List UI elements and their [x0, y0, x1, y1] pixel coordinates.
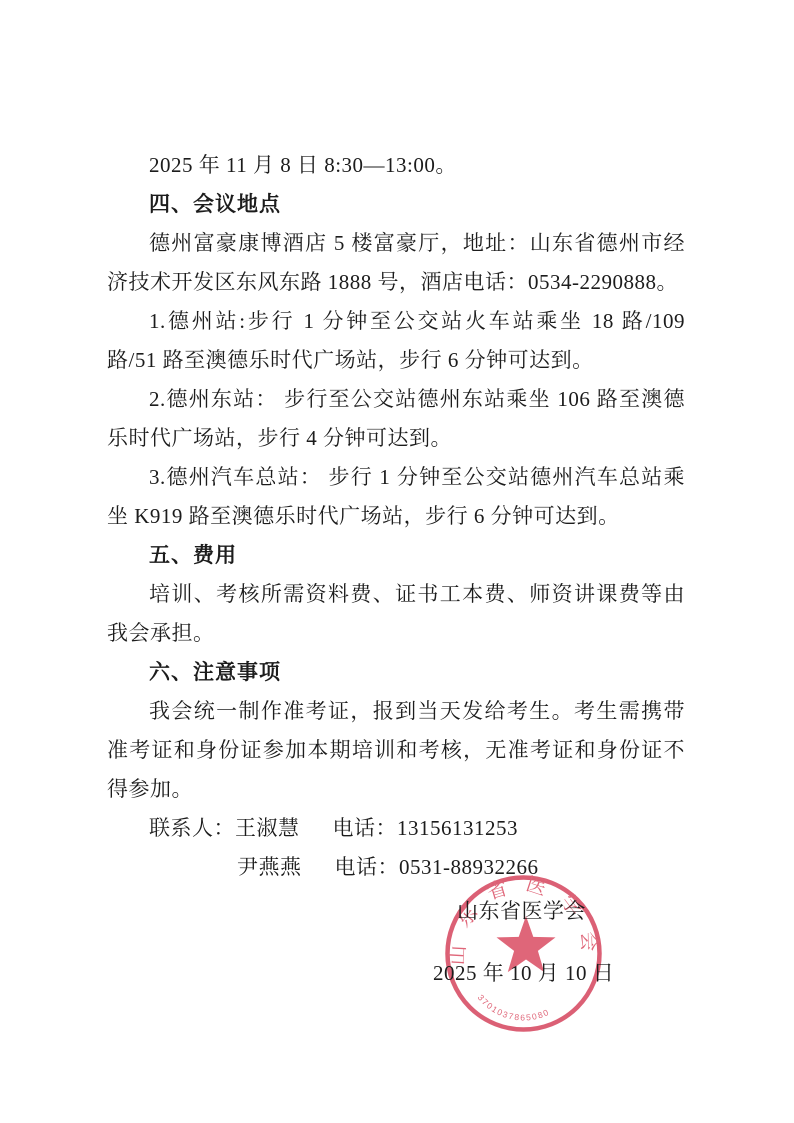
paragraph-fees: 培训、考核所需资料费、证书工本费、师资讲课费等由我会承担。 — [107, 575, 685, 653]
paragraph-venue-address: 德州富豪康博酒店 5 楼富豪厅，地址：山东省德州市经济技术开发区东风东路 188… — [107, 224, 685, 302]
heading-fees: 五、费用 — [107, 536, 685, 575]
phone-label-2: 电话： — [335, 855, 400, 879]
contact-name-2: 尹燕燕 — [237, 855, 302, 879]
document-page: 2025 年 11 月 8 日 8:30—13:00。 四、会议地点 德州富豪康… — [0, 0, 794, 1123]
contact-phone-1: 电话：13156131253 — [333, 816, 519, 840]
signature-organization: 山东省医学会 — [457, 892, 586, 931]
contact-name-1: 王淑慧 — [235, 816, 300, 840]
paragraph-notes: 我会统一制作准考证，报到当天发给考生。考生需携带准考证和身份证参加本期培训和考核… — [107, 692, 685, 809]
phone-number-1: 13156131253 — [397, 816, 518, 840]
heading-meeting-venue: 四、会议地点 — [107, 185, 685, 224]
contact-row-1: 联系人：王淑慧电话：13156131253 — [149, 809, 518, 848]
phone-label-1: 电话： — [333, 816, 398, 840]
contact-label: 联系人： — [149, 816, 235, 840]
paragraph-route-bus-terminal: 3.德州汽车总站： 步行 1 分钟至公交站德州汽车总站乘坐 K919 路至澳德乐… — [107, 458, 685, 536]
paragraph-route-dezhou-east: 2.德州东站： 步行至公交站德州东站乘坐 106 路至澳德乐时代广场站，步行 4… — [107, 380, 685, 458]
paragraph-meeting-time: 2025 年 11 月 8 日 8:30—13:00。 — [107, 146, 685, 185]
paragraph-route-dezhou: 1.德州站:步行 1 分钟至公交站火车站乘坐 18 路/109 路/51 路至澳… — [107, 302, 685, 380]
heading-notes: 六、注意事项 — [107, 653, 685, 692]
signature-date: 2025 年 10 月 10 日 — [433, 954, 614, 993]
